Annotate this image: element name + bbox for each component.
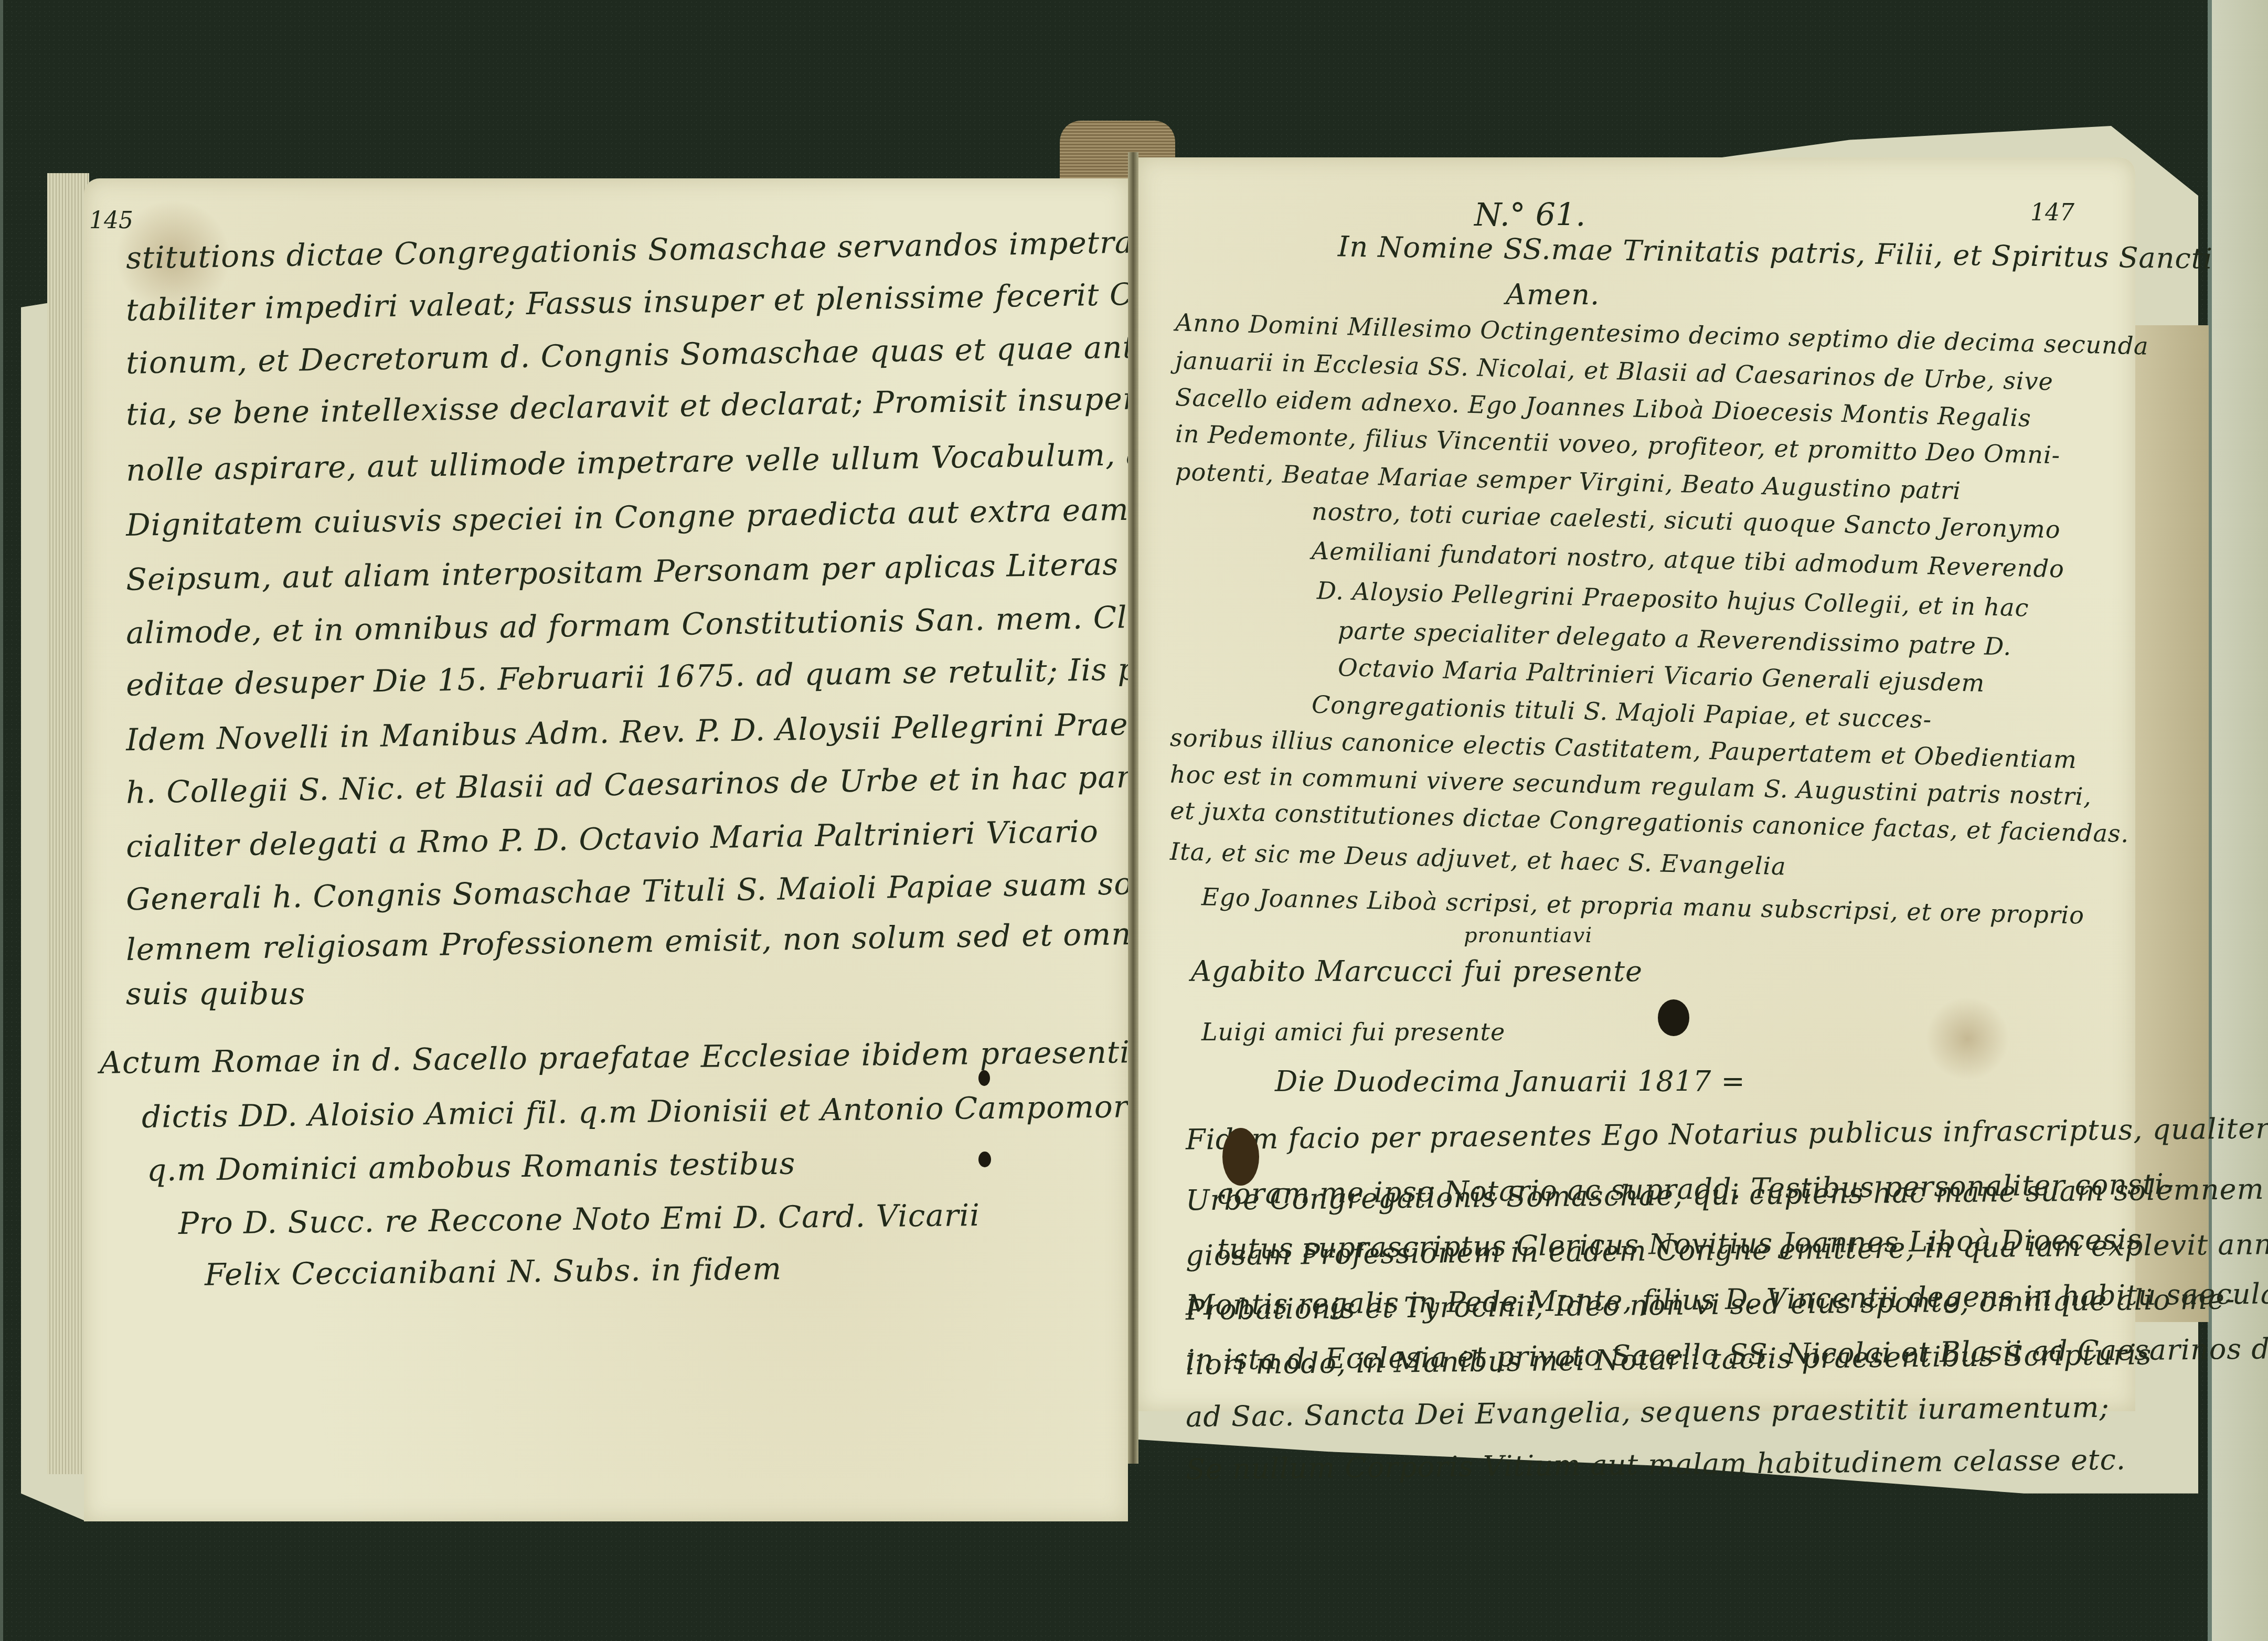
text-line: Seipsum, aut aliam interpositam Personam… <box>126 545 1181 598</box>
ink-blot <box>978 1152 991 1167</box>
ink-blot <box>978 1070 990 1086</box>
right-page: 147 N.° 61. In Nomine SS.mae Trinitatis … <box>1138 157 2135 1411</box>
profession-line: Congregationis tituli S. Majoli Papiae, … <box>1312 690 1932 734</box>
profession-line: Octavio Maria Paltrinieri Vicario Genera… <box>1338 653 1985 697</box>
witness-signature: Luigi amici fui presente <box>1201 1018 1505 1046</box>
text-line: editae desuper Die 15. Februarii 1675. a… <box>126 649 1247 703</box>
entry-number: N.° 61. <box>1474 197 1585 233</box>
actum-line: q.m Dominici ambobus Romanis testibus <box>147 1146 796 1188</box>
notary-line: Fidem facio per praesentes Ego Notarius … <box>1186 1112 2268 1156</box>
notary-date: Die Duodecima Januarii 1817 = <box>1275 1065 1745 1098</box>
left-page: 145 stitutions dictae Congregationis Som… <box>84 178 1128 1521</box>
glass-edge-left <box>0 0 3 1641</box>
invocation-line: In Nomine SS.mae Trinitatis patris, Fili… <box>1338 230 2213 275</box>
text-line: cialiter delegati a Rmo P. D. Octavio Ma… <box>126 813 1099 864</box>
notary-subscription: Pro D. Succ. re Reccone Noto Emi D. Card… <box>178 1197 980 1241</box>
profession-line: potenti, Beatae Mariae semper Virgini, B… <box>1175 457 1962 505</box>
folio-number-right: 147 <box>2030 199 2074 226</box>
invocation-amen: Amen. <box>1506 278 1600 311</box>
actum-line: Actum Romae in d. Sacello praefatae Eccl… <box>100 1032 1287 1081</box>
text-line: Dignitatem cuiusvis speciei in Congne pr… <box>126 489 1260 543</box>
profession-line: Ita, et sic me Deus adjuvet, et haec S. … <box>1170 837 1787 881</box>
text-line: Idem Novelli in Manibus Adm. Rev. P. D. … <box>126 705 1217 758</box>
oath-signature: Ego Joannes Liboà scripsi, et propria ma… <box>1201 882 2085 929</box>
text-line: Generali h. Congnis Somaschae Tituli S. … <box>126 866 1144 917</box>
actum-line: dictis DD. Aloisio Amici fil. q.m Dionis… <box>142 1089 1139 1135</box>
book-gutter <box>1128 152 1138 1464</box>
notary-signature: Felix Ceccianibani N. Subs. in fidem <box>205 1251 782 1293</box>
text-line: alimode, et in omnibus ad formam Constit… <box>126 596 1296 651</box>
text-line: h. Collegii S. Nic. et Blasii ad Caesari… <box>126 757 1239 810</box>
oath-signature-cont: pronuntiavi <box>1464 923 1592 947</box>
stain <box>1925 997 2009 1081</box>
profession-line: parte specialiter delegato a Reverendiss… <box>1338 616 2012 660</box>
page-stack-edge <box>47 173 89 1474</box>
folio-number-left: 145 <box>89 207 133 234</box>
mount-board-right <box>2212 0 2268 1641</box>
ink-blot <box>1658 999 1689 1036</box>
ink-blot <box>1222 1128 1259 1186</box>
profession-line: D. Aloysio Pellegrini Praeposito hujus C… <box>1317 576 2029 622</box>
witness-signature: Agabito Marcucci fui presente <box>1191 955 1643 988</box>
text-line: suis quibus <box>126 976 305 1011</box>
text-line: tia, se bene intellexisse declaravit et … <box>126 380 1183 432</box>
profession-line: Aemiliani fundatori nostro, atque tibi a… <box>1312 536 2065 583</box>
text-line: tabiliter impediri valeat; Fassus insupe… <box>126 274 1255 328</box>
text-line: nolle aspirare, aut ullimode impetrare v… <box>126 434 1275 488</box>
text-line: lemnem religiosam Professionem emisit, n… <box>126 915 1198 967</box>
